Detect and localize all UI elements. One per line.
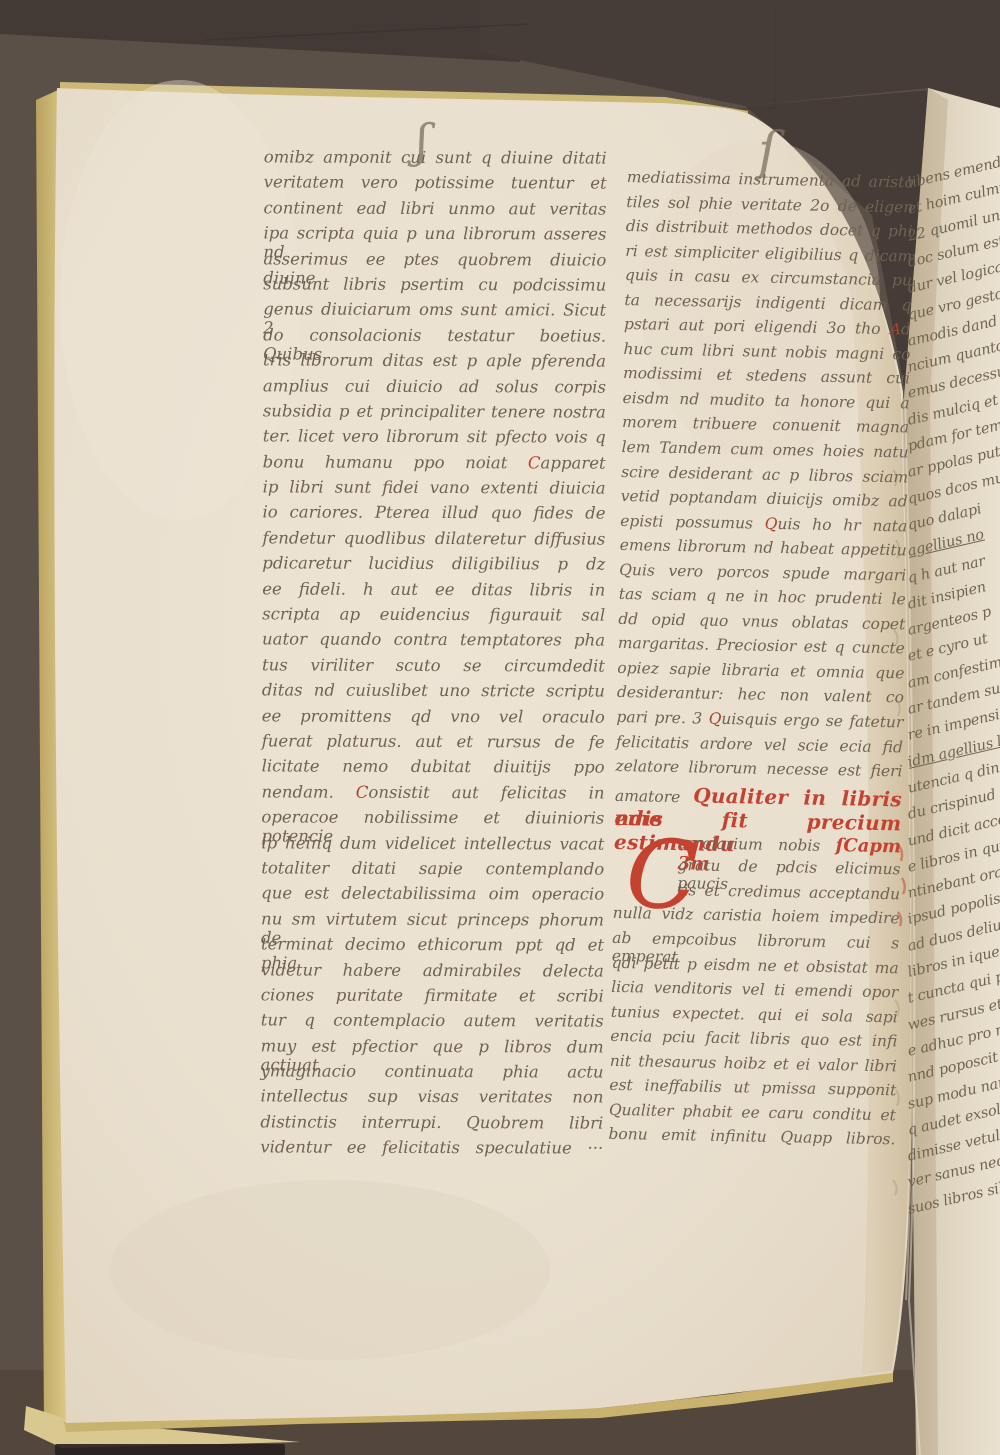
manuscript-text: apparet [541, 453, 606, 472]
manuscript-photo: { "photo": { "backdrop_color": "#564c44"… [0, 0, 1000, 1455]
manuscript-text: videntur ee felicitatis speculatiue ··· [260, 1138, 603, 1158]
manuscript-text: videtur habere admirabiles delecta [261, 960, 604, 980]
manuscript-text: intellectus sup visas veritates non [260, 1087, 603, 1107]
manuscript-text: licitate nemo dubitat diuitijs ppo [262, 757, 605, 777]
manuscript-text: amatore [615, 787, 694, 806]
text-line: io cariores. Pterea illud quo fides de [262, 503, 605, 530]
text-line: amplius cui diuicio ad solus corpis [263, 376, 606, 403]
text-line: fuerat platurus. aut et rursus de fe [262, 731, 605, 758]
manuscript-text: bonu humanu ppo noiat [263, 452, 528, 472]
rubric-initial-letter: C [625, 833, 700, 920]
manuscript-text: fuerat platurus. aut et rursus de fe [262, 731, 605, 751]
text-line: fendetur quodlibus dilateretur diffusius [262, 528, 605, 555]
text-line: distinctis interrupi. Quobrem libri [260, 1112, 603, 1139]
text-line: licitate nemo dubitat diuitijs ppo [262, 757, 605, 784]
text-line: ter. licet vero librorum sit pfecto vois… [263, 427, 606, 454]
manuscript-text: ee fideli. h aut ee ditas libris in [262, 579, 605, 599]
manuscript-text: Q [765, 514, 778, 532]
text-line: scripta ap euidencius figurauit sal [262, 604, 605, 631]
manuscript-text: ymaginacio continuata phia actu [261, 1061, 604, 1081]
manuscript-text: ip libri sunt fidei vano extenti diuicia [263, 477, 606, 497]
manuscript-text: A [890, 320, 902, 338]
text-line: operacoe nobilissime et diuinioris poten… [261, 808, 604, 835]
manuscript-text: ciones puritate firmitate et scribi [261, 985, 604, 1005]
manuscript-text: Q [708, 710, 721, 728]
text-line: asserimus ee ptes quobrem diuicio diuine [263, 249, 606, 276]
text-line: genus diuiciarum oms sunt amici. Sicut 2 [263, 300, 606, 327]
manuscript-text: uisquis ergo se fatetur [721, 710, 903, 731]
manuscript-text: que est delectabilissima oim operacio [261, 884, 604, 904]
manuscript-text: io cariores. Pterea illud quo fides de [262, 503, 605, 523]
left-text-column: omibz amponit cui sunt q diuine ditative… [260, 147, 607, 1164]
text-line: ipa scripta quia p una librorum asseres … [263, 224, 606, 251]
manuscript-text: episti possumus [620, 512, 765, 533]
text-line: ee fideli. h aut ee ditas libris in [262, 579, 605, 606]
manuscript-text: omibz amponit cui sunt q diuine ditati [264, 147, 607, 167]
manuscript-text: continent ead libri unmo aut veritas [264, 198, 607, 218]
manuscript-text: ditas nd cuiuslibet uno stricte scriptu [262, 681, 605, 701]
manuscript-text: distinctis interrupi. Quobrem libri [260, 1112, 603, 1132]
text-line: nendam. Consistit aut felicitas in [261, 782, 604, 809]
manuscript-text: tur q contemplacio autem veritatis [261, 1011, 604, 1031]
manuscript-text: ter. licet vero librorum sit pfecto vois… [263, 427, 606, 447]
text-line: intellectus sup visas veritates non [260, 1087, 603, 1114]
text-line: muy est pfectior que p libros dum actiua… [261, 1036, 604, 1063]
text-line: ditas nd cuiuslibet uno stricte scriptu [262, 681, 605, 708]
manuscript-text: subsidia p et principaliter tenere nostr… [263, 401, 606, 421]
manuscript-text: C [356, 782, 369, 801]
text-line: do consolacionis testatur boetius. Quibu… [263, 325, 606, 352]
manuscript-text: scripta ap euidencius figurauit sal [262, 604, 605, 624]
text-line: terminat decimo ethicorum ppt qd et phia [261, 935, 604, 962]
pen-flourish-left: ʃ [416, 114, 429, 168]
manuscript-text: pdicaretur lucidius diligibilius p dz [262, 554, 605, 574]
text-line: tur q contemplacio autem veritatis [261, 1011, 604, 1038]
manuscript-text: subsunt libris psertim cu podcissimu [263, 274, 606, 294]
text-line: subsunt libris psertim cu podcissimu [263, 274, 606, 301]
manuscript-text: pari pre. 3 [616, 708, 709, 728]
next-page-text: libens emendis qet hoim culmi22 quomil u… [908, 176, 1000, 1276]
manuscript-text: orrolarium nobis [678, 834, 836, 855]
pen-flourish-right: ſ [758, 122, 777, 182]
manuscript-text: nendam. [261, 782, 355, 801]
text-line: omibz amponit cui sunt q diuine ditati [264, 147, 607, 174]
manuscript-text: pstari aut pori eligendi 3o tho [624, 315, 890, 338]
text-line: veritatem vero potissime tuentur et [264, 173, 607, 200]
manuscript-text: tris librorum ditas est p aple pferenda [263, 351, 606, 371]
text-line: ciones puritate firmitate et scribi [261, 985, 604, 1012]
manuscript-text: fendetur quodlibus dilateretur diffusius [262, 528, 605, 548]
backdrop-black-strip [55, 1444, 285, 1455]
text-line: que est delectabilissima oim operacio [261, 884, 604, 911]
text-line: subsidia p et principaliter tenere nostr… [263, 401, 606, 428]
manuscript-text: tus viriliter scuto se circumdedit [262, 655, 605, 675]
manuscript-text: uis ho hr nata [777, 515, 907, 535]
text-line: ip libri sunt fidei vano extenti diuicia [263, 477, 606, 504]
manuscript-text: uator quando contra temptatores pha [262, 630, 605, 650]
text-line: continent ead libri unmo aut veritas [264, 198, 607, 225]
text-line: pdicaretur lucidius diligibilius p dz [262, 554, 605, 581]
text-line: uator quando contra temptatores pha [262, 630, 605, 657]
manuscript-text: veritatem vero potissime tuentur et [264, 173, 607, 193]
text-line: ip heinq dum videlicet intellectus vacat [261, 833, 604, 860]
text-line: totaliter ditati sapie contemplando [261, 858, 604, 885]
manuscript-text: totaliter ditati sapie contemplando [261, 858, 604, 878]
text-line: nu sm virtutem sicut princeps phorum de [261, 909, 604, 936]
text-line: videntur ee felicitatis speculatiue ··· [260, 1138, 603, 1165]
manuscript-text: onsistit aut felicitas in [368, 783, 604, 803]
text-line: bonu humanu ppo noiat Capparet [263, 452, 606, 479]
text-line: tus viriliter scuto se circumdedit [262, 655, 605, 682]
manuscript-text: tis et credimus acceptandu [677, 881, 900, 903]
rubric-text: C [528, 453, 541, 472]
right-text-column: mediatissima instrumenta ad aristotiles … [608, 168, 914, 1155]
manuscript-text: amplius cui diuicio ad solus corpis [263, 376, 606, 396]
text-line: ymaginacio continuata phia actu [260, 1061, 603, 1088]
text-line: ee promittens qd vno vel oraculo [262, 706, 605, 733]
manuscript-text: ee promittens qd vno vel oraculo [262, 706, 605, 726]
text-line: videtur habere admirabiles delecta [261, 960, 604, 987]
manuscript-text: ip heinq dum videlicet intellectus vacat [261, 833, 604, 853]
text-line: tris librorum ditas est p aple pferenda [263, 351, 606, 378]
